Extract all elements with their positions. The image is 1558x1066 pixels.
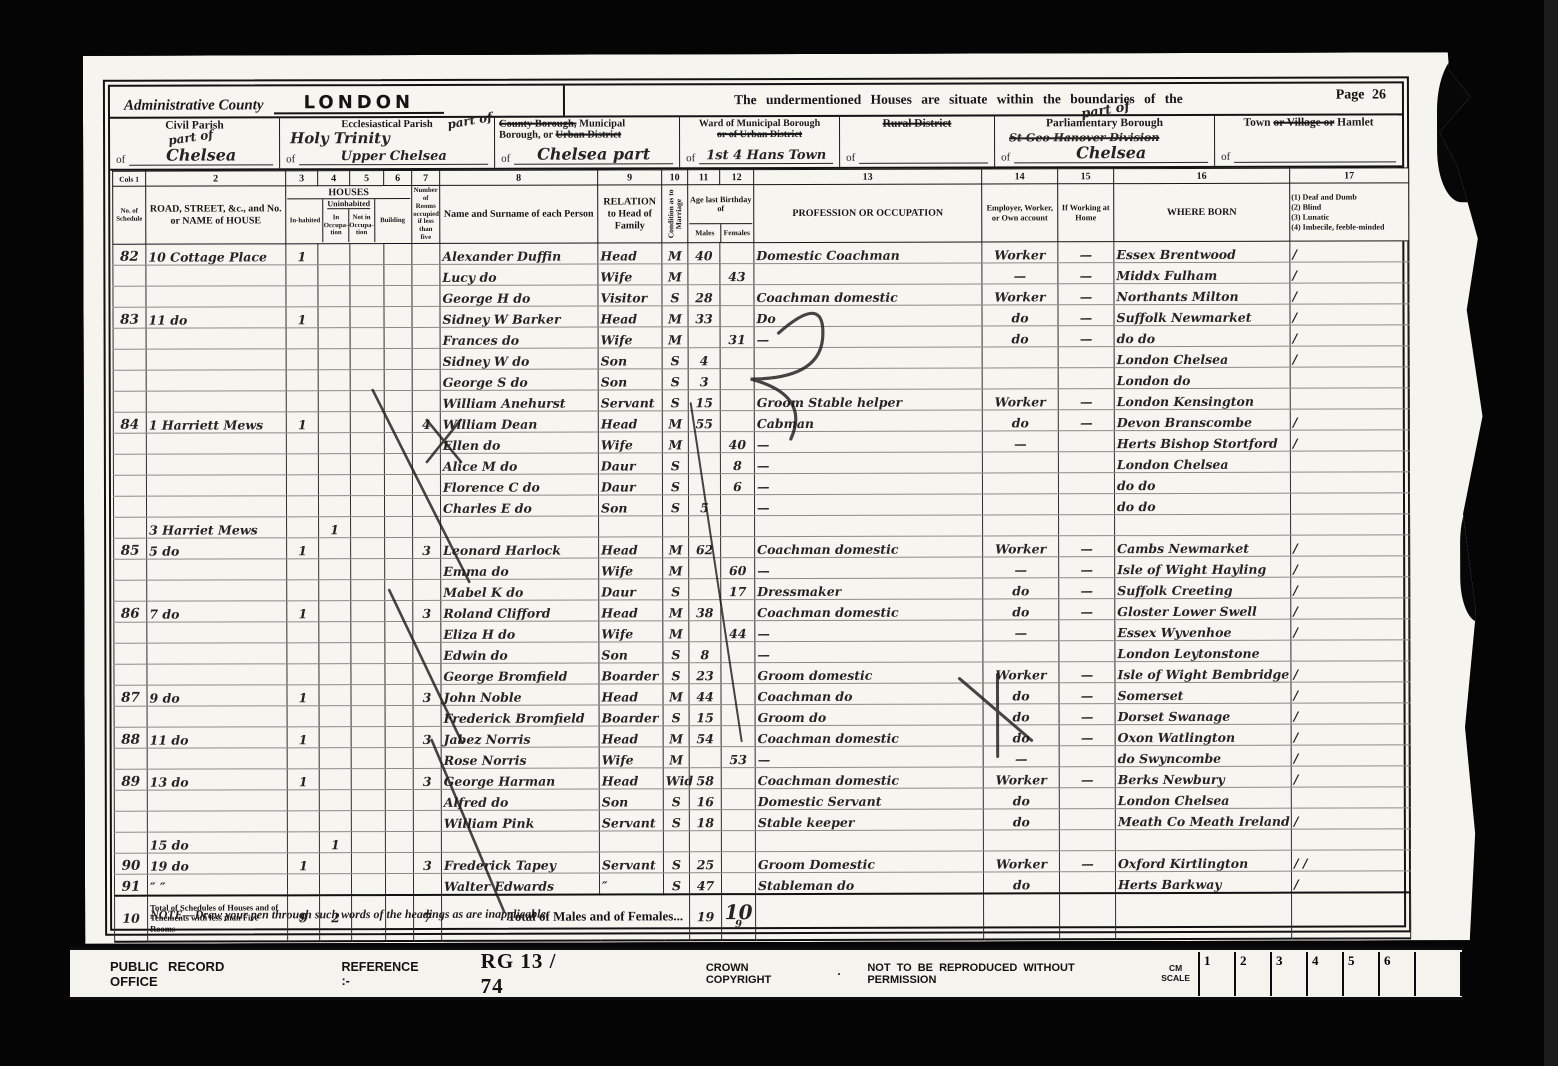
- cell-where-born: Gloster Lower Swell: [1115, 598, 1291, 619]
- cell-occupation: —: [755, 620, 983, 642]
- cell-uninhabited-occupied: [319, 622, 351, 643]
- cell-relation: Head: [599, 726, 663, 747]
- header-where-born: WHERE BORN: [1114, 183, 1290, 241]
- cell-age-males: [689, 831, 721, 852]
- cell-address: [146, 454, 286, 475]
- district-rural: Rural District of: [840, 116, 995, 166]
- cell-inhabited: 1: [287, 769, 319, 790]
- cell-address: 10 Cottage Place: [146, 244, 286, 265]
- header-employer: Employer, Worker, or Own account: [982, 184, 1058, 242]
- cell-where-born: do do: [1114, 472, 1290, 493]
- cell-relation: [599, 831, 663, 852]
- cell-inhabited: 1: [286, 307, 318, 328]
- district-municipal-borough: County Borough, Municipal Borough, or Ur…: [495, 117, 680, 167]
- cell-where-born: Isle of Wight Bembridge: [1115, 661, 1291, 682]
- cell-condition: M: [663, 747, 689, 768]
- cell-occupation: Stable keeper: [755, 809, 983, 831]
- table-row: 867 do13Roland CliffordHeadM38Coachman d…: [114, 598, 1410, 622]
- cell-rooms: 3: [413, 726, 441, 747]
- table-row: 8811 do13Jabez NorrisHeadM54Coachman dom…: [114, 724, 1410, 748]
- cell-uninhabited-occupied: [318, 412, 350, 433]
- cell-rooms: [413, 747, 441, 768]
- cell-name: Sidney W do: [440, 348, 598, 369]
- cell-rooms: 3: [413, 600, 441, 621]
- cell-occupation: [755, 830, 983, 852]
- cell-uninhabited-not-occupied: [350, 391, 384, 412]
- cell-address: [146, 349, 286, 370]
- cell-condition: M: [663, 537, 689, 558]
- cell-age-males: 47: [689, 873, 721, 894]
- rural-district-struck: Rural District: [883, 118, 952, 130]
- cell-age-females: [721, 516, 755, 537]
- rural-district-value: [859, 162, 988, 163]
- cell-age-males: 8: [689, 642, 721, 663]
- ecclesiastical-parish-value: Upper Chelsea: [299, 149, 488, 165]
- cell-where-born: do do: [1114, 493, 1290, 514]
- cell-schedule: [113, 286, 146, 307]
- cell-address: [147, 580, 287, 601]
- cell-infirmity: /: [1290, 325, 1409, 346]
- cell-age-females: [721, 705, 755, 726]
- cell-infirmity: /: [1291, 745, 1410, 766]
- table-row: Rose NorrisWifeM53——do Swyncombe/: [114, 745, 1410, 769]
- cell-age-females: 31: [720, 327, 754, 348]
- cell-schedule: [114, 790, 147, 811]
- header-building: Building: [375, 199, 411, 242]
- cell-uninhabited-occupied: [319, 748, 351, 769]
- cell-inhabited: [287, 811, 319, 832]
- cell-at-home: —: [1059, 851, 1115, 872]
- scan-edge-band: [1544, 0, 1558, 1066]
- cell-building: [384, 348, 412, 369]
- col-num-1: Cols 1: [113, 171, 146, 186]
- cell-building: [385, 768, 413, 789]
- cell-condition: M: [662, 264, 688, 285]
- cell-building: [384, 390, 412, 411]
- cell-age-females: [720, 390, 754, 411]
- town-value: [1234, 161, 1396, 162]
- cell-relation: Head: [598, 411, 662, 432]
- cell-infirmity: /: [1290, 241, 1409, 262]
- cell-occupation: Domestic Coachman: [754, 242, 982, 264]
- civil-parish-value: Chelsea: [129, 145, 273, 165]
- cell-uninhabited-occupied: [319, 811, 351, 832]
- cell-building: [385, 852, 413, 873]
- cell-employer: do: [983, 578, 1059, 599]
- cell-age-males: 18: [689, 810, 721, 831]
- census-form-page: Administrative County LONDON The underme…: [83, 52, 1495, 944]
- cell-relation: Son: [599, 642, 663, 663]
- cell-uninhabited-not-occupied: [351, 664, 385, 685]
- cell-where-born: Herts Bishop Stortford: [1114, 430, 1290, 451]
- cell-employer: [983, 830, 1059, 851]
- table-row: 8311 do1Sidney W BarkerHeadM33Dodo—Suffo…: [113, 304, 1409, 328]
- cell-rooms: [412, 285, 440, 306]
- cell-at-home: [1059, 872, 1115, 893]
- cell-employer: Worker: [983, 767, 1059, 788]
- cell-relation: [599, 516, 663, 537]
- cell-building: [385, 726, 413, 747]
- county-borough-struck: County Borough,: [499, 119, 576, 130]
- cell-employer: do: [983, 872, 1059, 893]
- cell-at-home: —: [1059, 662, 1115, 683]
- table-row: Lucy doWifeM43——Middx Fulham/: [113, 262, 1409, 286]
- cell-occupation: Coachman domestic: [755, 725, 983, 747]
- cell-rooms: [413, 621, 441, 642]
- cell-inhabited: [287, 832, 319, 853]
- cell-rooms: [413, 810, 441, 831]
- cell-infirmity: /: [1291, 535, 1410, 556]
- district-town: Town or Village or Hamlet of: [1215, 115, 1402, 165]
- cell-schedule: 87: [114, 685, 147, 706]
- cell-rooms: [412, 453, 440, 474]
- census-rows: 8210 Cottage Place1Alexander DuffinHeadM…: [113, 241, 1411, 895]
- cell-where-born: do do: [1114, 325, 1290, 346]
- cell-address: 11 do: [147, 727, 287, 748]
- totals-females: 109: [722, 894, 756, 940]
- cell-schedule: [113, 433, 146, 454]
- cell-infirmity: [1290, 493, 1409, 514]
- cell-age-males: 54: [689, 726, 721, 747]
- cell-schedule: 90: [114, 853, 147, 874]
- table-row: 8913 do13George HarmanHeadWid58Coachman …: [114, 766, 1410, 790]
- cell-name: Frederick Tapey: [441, 852, 599, 873]
- cell-name: Rose Norris: [441, 747, 599, 768]
- cell-employer: —: [983, 620, 1059, 641]
- cell-schedule: [114, 811, 147, 832]
- cell-where-born: Cambs Newmarket: [1115, 535, 1291, 556]
- cell-name: Sidney W Barker: [440, 306, 598, 327]
- cell-condition: S: [663, 852, 689, 873]
- cell-occupation: —: [754, 431, 982, 453]
- cell-building: [384, 243, 412, 264]
- cell-infirmity: /: [1291, 808, 1410, 829]
- cell-schedule: [114, 622, 147, 643]
- cell-age-females: [721, 726, 755, 747]
- header-rooms: Number of Rooms occupied if less than fi…: [412, 185, 440, 243]
- cell-uninhabited-occupied: [319, 853, 351, 874]
- cell-age-females: [720, 495, 754, 516]
- cell-age-females: [720, 243, 754, 264]
- form-note: NOTE—Draw your pen through such words of…: [150, 907, 549, 923]
- admin-county-section: Administrative County LONDON: [110, 86, 565, 117]
- cell-condition: S: [662, 474, 688, 495]
- footer-separator: ·: [837, 967, 841, 981]
- table-row: George H doVisitorS28Coachman domesticWo…: [113, 283, 1409, 307]
- cell-at-home: —: [1059, 704, 1115, 725]
- cell-address: [147, 622, 287, 643]
- cell-uninhabited-occupied: [319, 874, 351, 895]
- cell-name: George H do: [440, 285, 598, 306]
- cell-relation: Son: [598, 369, 662, 390]
- cell-employer: do: [983, 704, 1059, 725]
- cell-condition: S: [662, 390, 688, 411]
- table-row: Alfred doSonS16Domestic ServantdoLondon …: [114, 787, 1410, 811]
- cell-name: Emma do: [441, 558, 599, 579]
- cell-where-born: Essex Brentwood: [1114, 241, 1290, 262]
- cell-relation: Head: [599, 537, 663, 558]
- cell-name: William Dean: [440, 411, 598, 432]
- cell-rooms: 3: [413, 684, 441, 705]
- cell-age-males: 15: [689, 705, 721, 726]
- cell-employer: Worker: [983, 536, 1059, 557]
- cell-age-females: 40: [720, 432, 754, 453]
- cell-uninhabited-occupied: [319, 790, 351, 811]
- scanned-census-page: Administrative County LONDON The underme…: [0, 0, 1558, 1066]
- cell-age-females: [720, 369, 754, 390]
- cell-uninhabited-occupied: [318, 433, 350, 454]
- cell-uninhabited-not-occupied: [351, 685, 385, 706]
- district-civil-parish: Civil Parish part of ofChelsea: [110, 118, 280, 168]
- cell-rooms: [413, 558, 441, 579]
- cell-occupation: —: [755, 746, 983, 768]
- cell-condition: S: [662, 285, 688, 306]
- cell-condition: S: [662, 495, 688, 516]
- of-word: of: [116, 154, 125, 166]
- cell-infirmity: [1290, 367, 1409, 388]
- cell-occupation: Dressmaker: [755, 578, 983, 600]
- cell-employer: do: [983, 788, 1059, 809]
- cell-inhabited: [287, 664, 319, 685]
- cell-occupation: Do: [754, 305, 982, 327]
- cell-employer: do: [982, 305, 1058, 326]
- cell-uninhabited-not-occupied: [351, 748, 385, 769]
- cell-at-home: [1058, 431, 1114, 452]
- table-row: William PinkServantS18Stable keeperdoMea…: [114, 808, 1410, 832]
- cell-relation: Servant: [599, 810, 663, 831]
- cell-address: [146, 496, 286, 517]
- cell-age-females: [721, 768, 755, 789]
- cell-building: [384, 432, 412, 453]
- cell-occupation: —: [754, 494, 982, 516]
- cell-infirmity: [1291, 787, 1410, 808]
- cell-uninhabited-not-occupied: [351, 706, 385, 727]
- cell-name: William Anehurst: [440, 390, 598, 411]
- cell-uninhabited-not-occupied: [350, 307, 384, 328]
- cell-relation: Son: [598, 348, 662, 369]
- cell-address: [147, 706, 287, 727]
- district-ward: Ward of Municipal Borough or of Urban Di…: [680, 117, 840, 167]
- header-houses: HOUSES: [287, 187, 410, 199]
- cell-infirmity: /: [1290, 346, 1409, 367]
- cell-uninhabited-not-occupied: [350, 496, 384, 517]
- cell-schedule: [113, 454, 146, 475]
- cell-employer: Worker: [982, 242, 1058, 263]
- cell-relation: Wife: [598, 264, 662, 285]
- header-in-occupation: In Occupa-tion: [324, 209, 350, 242]
- cell-at-home: —: [1058, 305, 1114, 326]
- cell-schedule: [113, 328, 146, 349]
- cell-name: Frederick Bromfield: [441, 705, 599, 726]
- cell-inhabited: [287, 559, 319, 580]
- cell-where-born: Devon Branscombe: [1114, 409, 1290, 430]
- cell-inhabited: [286, 475, 318, 496]
- cell-age-males: 44: [689, 684, 721, 705]
- cell-inhabited: [286, 454, 318, 475]
- cell-where-born: Meath Co Meath Ireland: [1115, 808, 1291, 829]
- cell-uninhabited-not-occupied: [351, 643, 385, 664]
- cell-relation: Servant: [598, 390, 662, 411]
- cell-schedule: [114, 706, 147, 727]
- cell-employer: —: [983, 746, 1059, 767]
- cell-address: [146, 265, 286, 286]
- cell-age-males: 23: [689, 663, 721, 684]
- cell-uninhabited-occupied: [319, 538, 351, 559]
- cell-at-home: [1059, 515, 1115, 536]
- cell-employer: do: [982, 410, 1058, 431]
- cell-infirmity: /: [1291, 871, 1410, 892]
- cell-relation: Visitor: [598, 285, 662, 306]
- cell-relation: ″: [599, 873, 663, 894]
- cell-name: Frances do: [440, 327, 598, 348]
- cell-relation: Servant: [599, 852, 663, 873]
- cell-address: [146, 475, 286, 496]
- header-females: Females: [721, 224, 752, 242]
- table-row: Emma doWifeM60———Isle of Wight Hayling/: [114, 556, 1410, 580]
- cell-rooms: [413, 705, 441, 726]
- cell-relation: Daur: [599, 579, 663, 600]
- cell-name: Lucy do: [440, 264, 598, 285]
- cell-relation: Head: [598, 243, 662, 264]
- cell-building: [385, 810, 413, 831]
- cell-inhabited: [287, 874, 319, 895]
- cell-building: [385, 789, 413, 810]
- cell-schedule: [113, 349, 146, 370]
- cell-address: [146, 286, 286, 307]
- cell-condition: S: [662, 453, 688, 474]
- cell-uninhabited-occupied: [319, 643, 351, 664]
- cell-occupation: Groom domestic: [755, 662, 983, 684]
- header-road: ROAD, STREET, &c., and No. or NAME of HO…: [146, 186, 286, 244]
- cell-at-home: [1058, 452, 1114, 473]
- cell-age-females: [721, 873, 755, 894]
- footer-office: PUBLIC RECORD OFFICE: [110, 959, 265, 989]
- cell-where-born: Dorset Swanage: [1115, 703, 1291, 724]
- cell-building: [385, 684, 413, 705]
- municipal-borough-value: Chelsea part: [514, 144, 673, 164]
- cm-scale-tick-empty: [1416, 952, 1462, 996]
- cell-building: [385, 831, 413, 852]
- cell-where-born: [1115, 514, 1291, 535]
- cell-infirmity: /: [1290, 262, 1409, 283]
- cell-age-males: [689, 558, 721, 579]
- cm-scale: 123456: [1198, 952, 1462, 996]
- footer-reference-label: REFERENCE :-: [341, 960, 424, 988]
- cell-infirmity: /: [1291, 619, 1410, 640]
- cell-condition: S: [663, 642, 689, 663]
- cell-condition: S: [663, 789, 689, 810]
- cell-rooms: [412, 327, 440, 348]
- cell-where-born: Herts Barkway: [1115, 871, 1291, 892]
- cell-employer: Worker: [982, 284, 1058, 305]
- cell-where-born: Suffolk Newmarket: [1114, 304, 1290, 325]
- cell-name: Mabel K do: [441, 579, 599, 600]
- cell-rooms: [412, 348, 440, 369]
- cell-infirmity: [1291, 640, 1410, 661]
- cell-uninhabited-occupied: [319, 580, 351, 601]
- cell-name: George S do: [440, 369, 598, 390]
- totals-males: 19: [690, 894, 722, 940]
- cell-address: ″ ″: [147, 874, 287, 895]
- cell-where-born: Isle of Wight Hayling: [1115, 556, 1291, 577]
- cell-name: Ellen do: [440, 432, 598, 453]
- cell-occupation: Stableman do: [755, 872, 983, 894]
- cell-inhabited: [286, 370, 318, 391]
- cell-uninhabited-not-occupied: [350, 433, 384, 454]
- cell-uninhabited-occupied: [318, 496, 350, 517]
- cell-name: Alexander Duffin: [440, 243, 598, 264]
- table-row: 841 Harriett Mews14William DeanHeadM55Ca…: [113, 409, 1409, 433]
- cell-building: [384, 411, 412, 432]
- cell-employer: Worker: [983, 662, 1059, 683]
- cell-schedule: 85: [114, 538, 147, 559]
- cell-employer: [982, 347, 1058, 368]
- cell-age-females: [720, 411, 754, 432]
- cell-building: [384, 495, 412, 516]
- cell-relation: Head: [599, 768, 663, 789]
- table-row: 9019 do13Frederick TapeyServantS25Groom …: [114, 850, 1410, 874]
- cell-name: George Bromfield: [441, 663, 599, 684]
- cell-age-males: 16: [689, 789, 721, 810]
- form-inner: Administrative County LONDON The underme…: [108, 81, 1406, 930]
- cell-name: Alfred do: [441, 789, 599, 810]
- ward-value: 1st 4 Hans Town: [699, 148, 833, 164]
- header-males: Males: [689, 224, 721, 242]
- cell-employer: do: [983, 809, 1059, 830]
- cell-condition: M: [662, 432, 688, 453]
- cell-inhabited: [286, 286, 318, 307]
- cell-age-males: 33: [688, 306, 720, 327]
- cell-occupation: [755, 515, 983, 537]
- cell-relation: Head: [599, 600, 663, 621]
- cell-where-born: Berks Newbury: [1115, 766, 1291, 787]
- cell-uninhabited-not-occupied: [351, 622, 385, 643]
- municipal-borough-label: Municipal: [579, 118, 625, 129]
- cell-employer: [982, 452, 1058, 473]
- cell-inhabited: [286, 496, 318, 517]
- cell-building: [384, 474, 412, 495]
- cell-relation: Head: [599, 684, 663, 705]
- header-profession: PROFESSION OR OCCUPATION: [754, 184, 982, 243]
- cell-schedule: 91: [114, 874, 147, 895]
- cell-uninhabited-occupied: [318, 454, 350, 475]
- cell-address: 1 Harriett Mews: [146, 412, 286, 433]
- cell-age-males: [688, 474, 720, 495]
- cell-where-born: Suffolk Creeting: [1115, 577, 1291, 598]
- cell-uninhabited-occupied: [318, 244, 350, 265]
- cell-relation: Daur: [598, 453, 662, 474]
- header-not-in-occupation: Not in Occupa-tion: [349, 209, 374, 242]
- cell-condition: M: [663, 558, 689, 579]
- table-row: 8210 Cottage Place1Alexander DuffinHeadM…: [113, 241, 1409, 265]
- cell-occupation: Domestic Servant: [755, 788, 983, 810]
- cell-age-males: [688, 264, 720, 285]
- cell-relation: Wife: [599, 747, 663, 768]
- cell-condition: S: [662, 348, 688, 369]
- cell-name: Jabez Norris: [441, 726, 599, 747]
- cell-at-home: —: [1058, 263, 1114, 284]
- cell-age-males: [689, 621, 721, 642]
- cell-name: [441, 831, 599, 852]
- cell-inhabited: [286, 328, 318, 349]
- cell-rooms: 3: [413, 768, 441, 789]
- cell-occupation: —: [755, 557, 983, 579]
- cell-rooms: [412, 474, 440, 495]
- cell-schedule: [114, 580, 147, 601]
- cell-occupation: —: [755, 641, 983, 663]
- cell-condition: M: [663, 600, 689, 621]
- totals-schedule: 10: [115, 895, 148, 941]
